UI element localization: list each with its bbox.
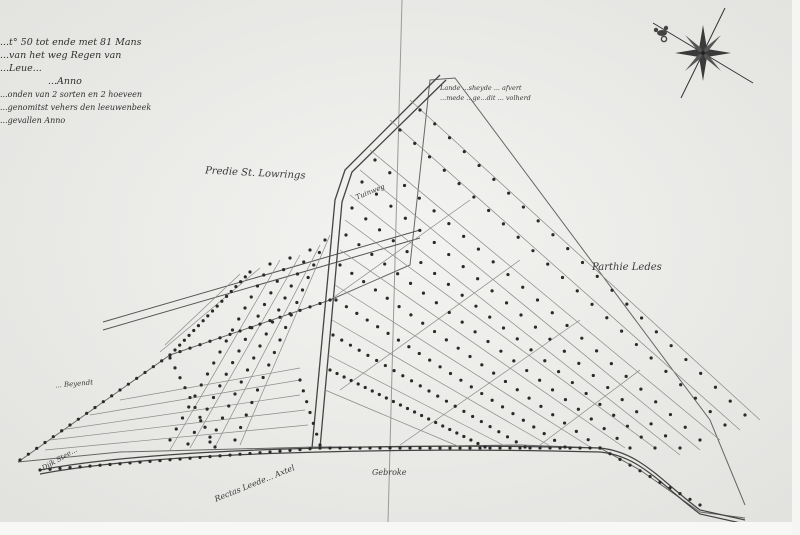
legend-line: ...Leue... [0,62,240,75]
title-legend: ...t° 50 tot ende met 81 Mans ...van het… [0,30,240,127]
label-bottom-center: Gebroke [372,468,406,477]
legend-line: ...gevallen Anno [0,114,240,127]
legend-line: ...Anno [0,75,240,88]
legend-line: ...genomitst vehers den leeuwenbeek [0,101,240,114]
legend-line: ...onden van 2 sorten en 2 hoeveen [0,88,240,101]
label-polder-right: Parthie Ledes [592,262,662,273]
legend-line: ...van het weg Regen van [0,49,240,62]
legend-line: ...t° 50 tot ende met 81 Mans [0,36,240,49]
label-upper-note-1: Lande ...sheyde ... afvert [440,84,522,92]
scan-border-bottom [0,522,800,535]
label-upper-note-2: ...mede ...ge...dit ... volherd [440,94,531,102]
scan-border-right [792,0,800,535]
historical-map: ...t° 50 tot ende met 81 Mans ...van het… [0,0,800,535]
